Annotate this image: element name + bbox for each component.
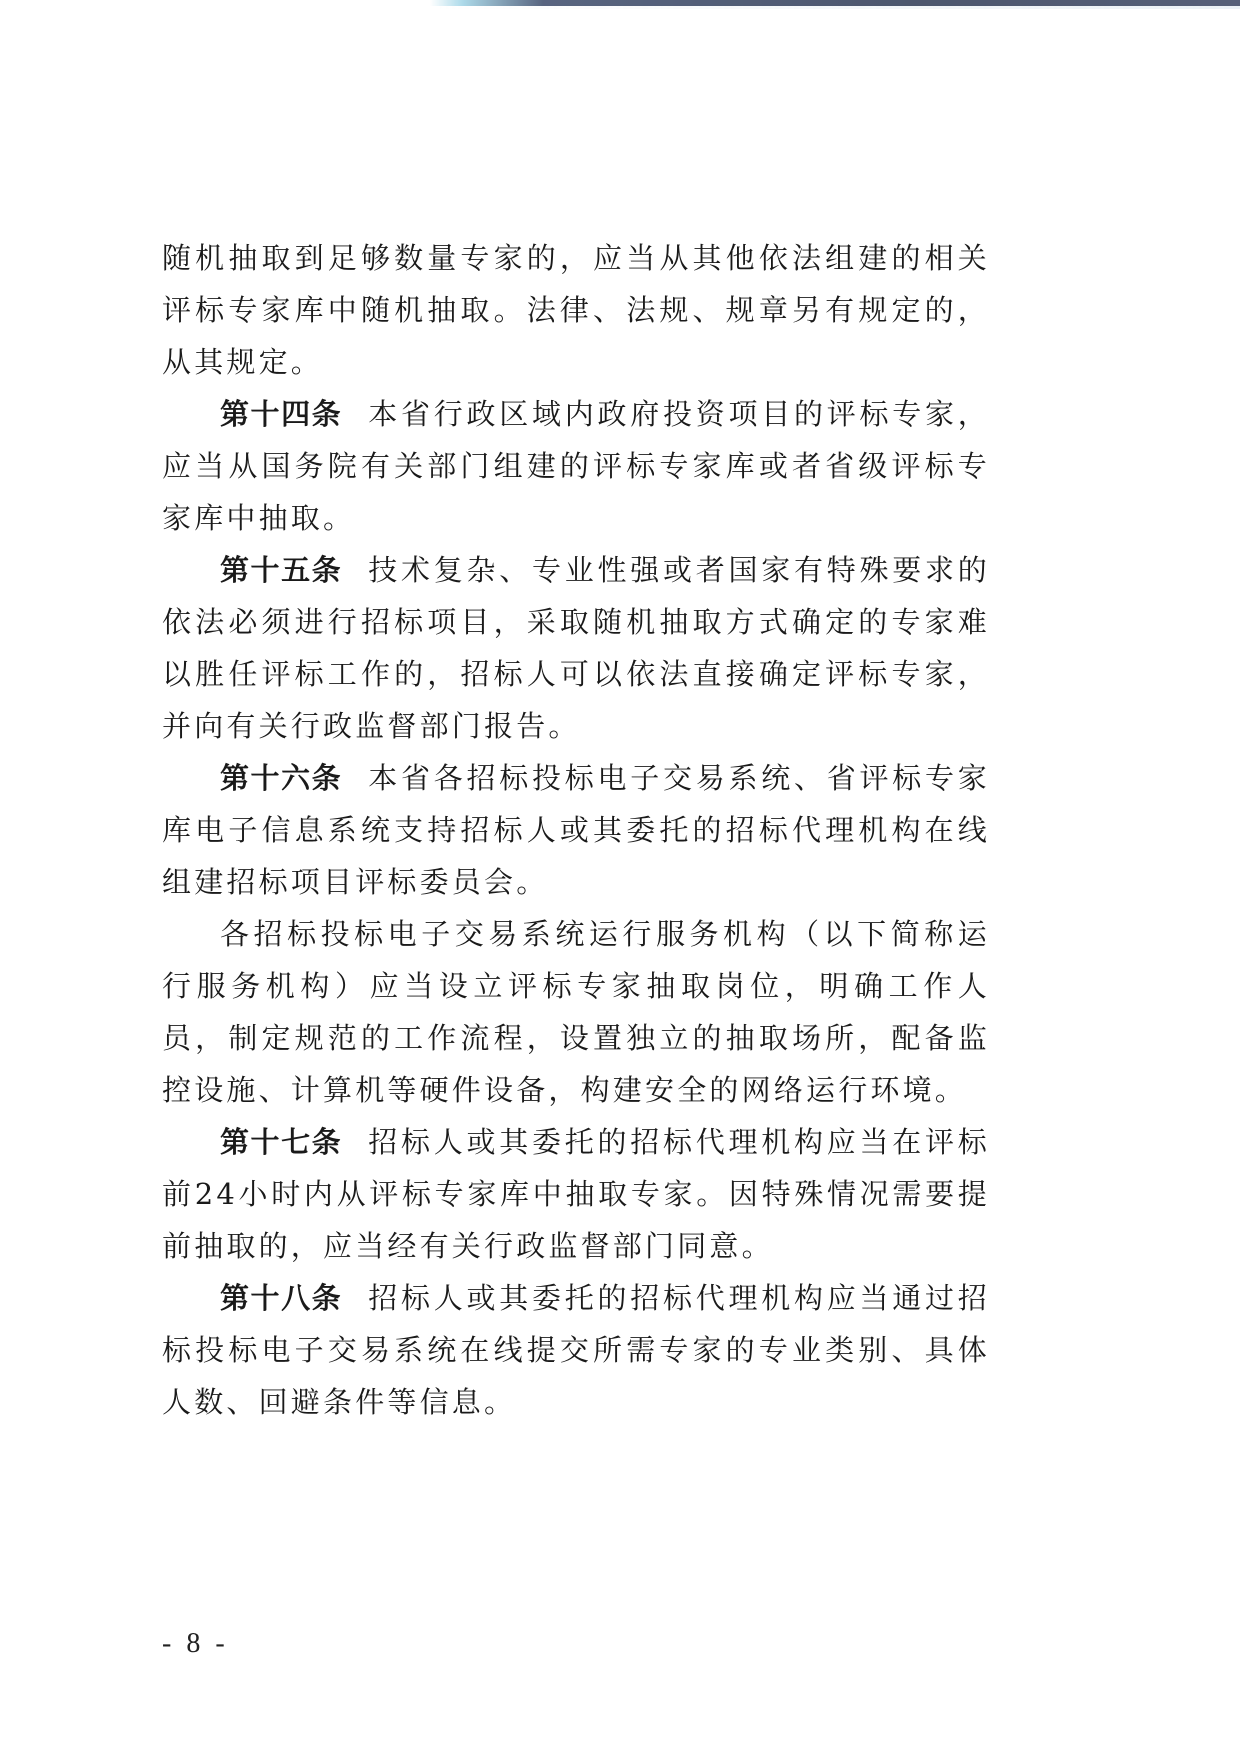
paragraph-text: 随机抽取到足够数量专家的，应当从其他依法组建的相关评标专家库中随机抽取。法律、法…	[162, 241, 990, 379]
article-number: 第十四条	[220, 397, 342, 431]
paragraph-article-17: 第十七条招标人或其委托的招标代理机构应当在评标前24小时内从评标专家库中抽取专家…	[162, 1116, 990, 1272]
paragraph-article-18: 第十八条招标人或其委托的招标代理机构应当通过招标投标电子交易系统在线提交所需专家…	[162, 1272, 990, 1428]
article-number: 第十五条	[220, 553, 342, 587]
document-body: 随机抽取到足够数量专家的，应当从其他依法组建的相关评标专家库中随机抽取。法律、法…	[162, 232, 990, 1428]
paragraph-text: 各招标投标电子交易系统运行服务机构（以下简称运行服务机构）应当设立评标专家抽取岗…	[162, 917, 990, 1107]
article-number: 第十七条	[220, 1125, 342, 1159]
scan-edge-artifact	[430, 0, 1240, 6]
article-number: 第十六条	[220, 761, 342, 795]
paragraph-continuation-13: 随机抽取到足够数量专家的，应当从其他依法组建的相关评标专家库中随机抽取。法律、法…	[162, 232, 990, 388]
paragraph-article-16: 第十六条本省各招标投标电子交易系统、省评标专家库电子信息系统支持招标人或其委托的…	[162, 752, 990, 908]
paragraph-article-15: 第十五条技术复杂、专业性强或者国家有特殊要求的依法必须进行招标项目，采取随机抽取…	[162, 544, 990, 752]
article-number: 第十八条	[220, 1281, 342, 1315]
paragraph-article-16-part-2: 各招标投标电子交易系统运行服务机构（以下简称运行服务机构）应当设立评标专家抽取岗…	[162, 908, 990, 1116]
paragraph-article-14: 第十四条本省行政区域内政府投资项目的评标专家，应当从国务院有关部门组建的评标专家…	[162, 388, 990, 544]
page-number: - 8 -	[162, 1628, 229, 1660]
